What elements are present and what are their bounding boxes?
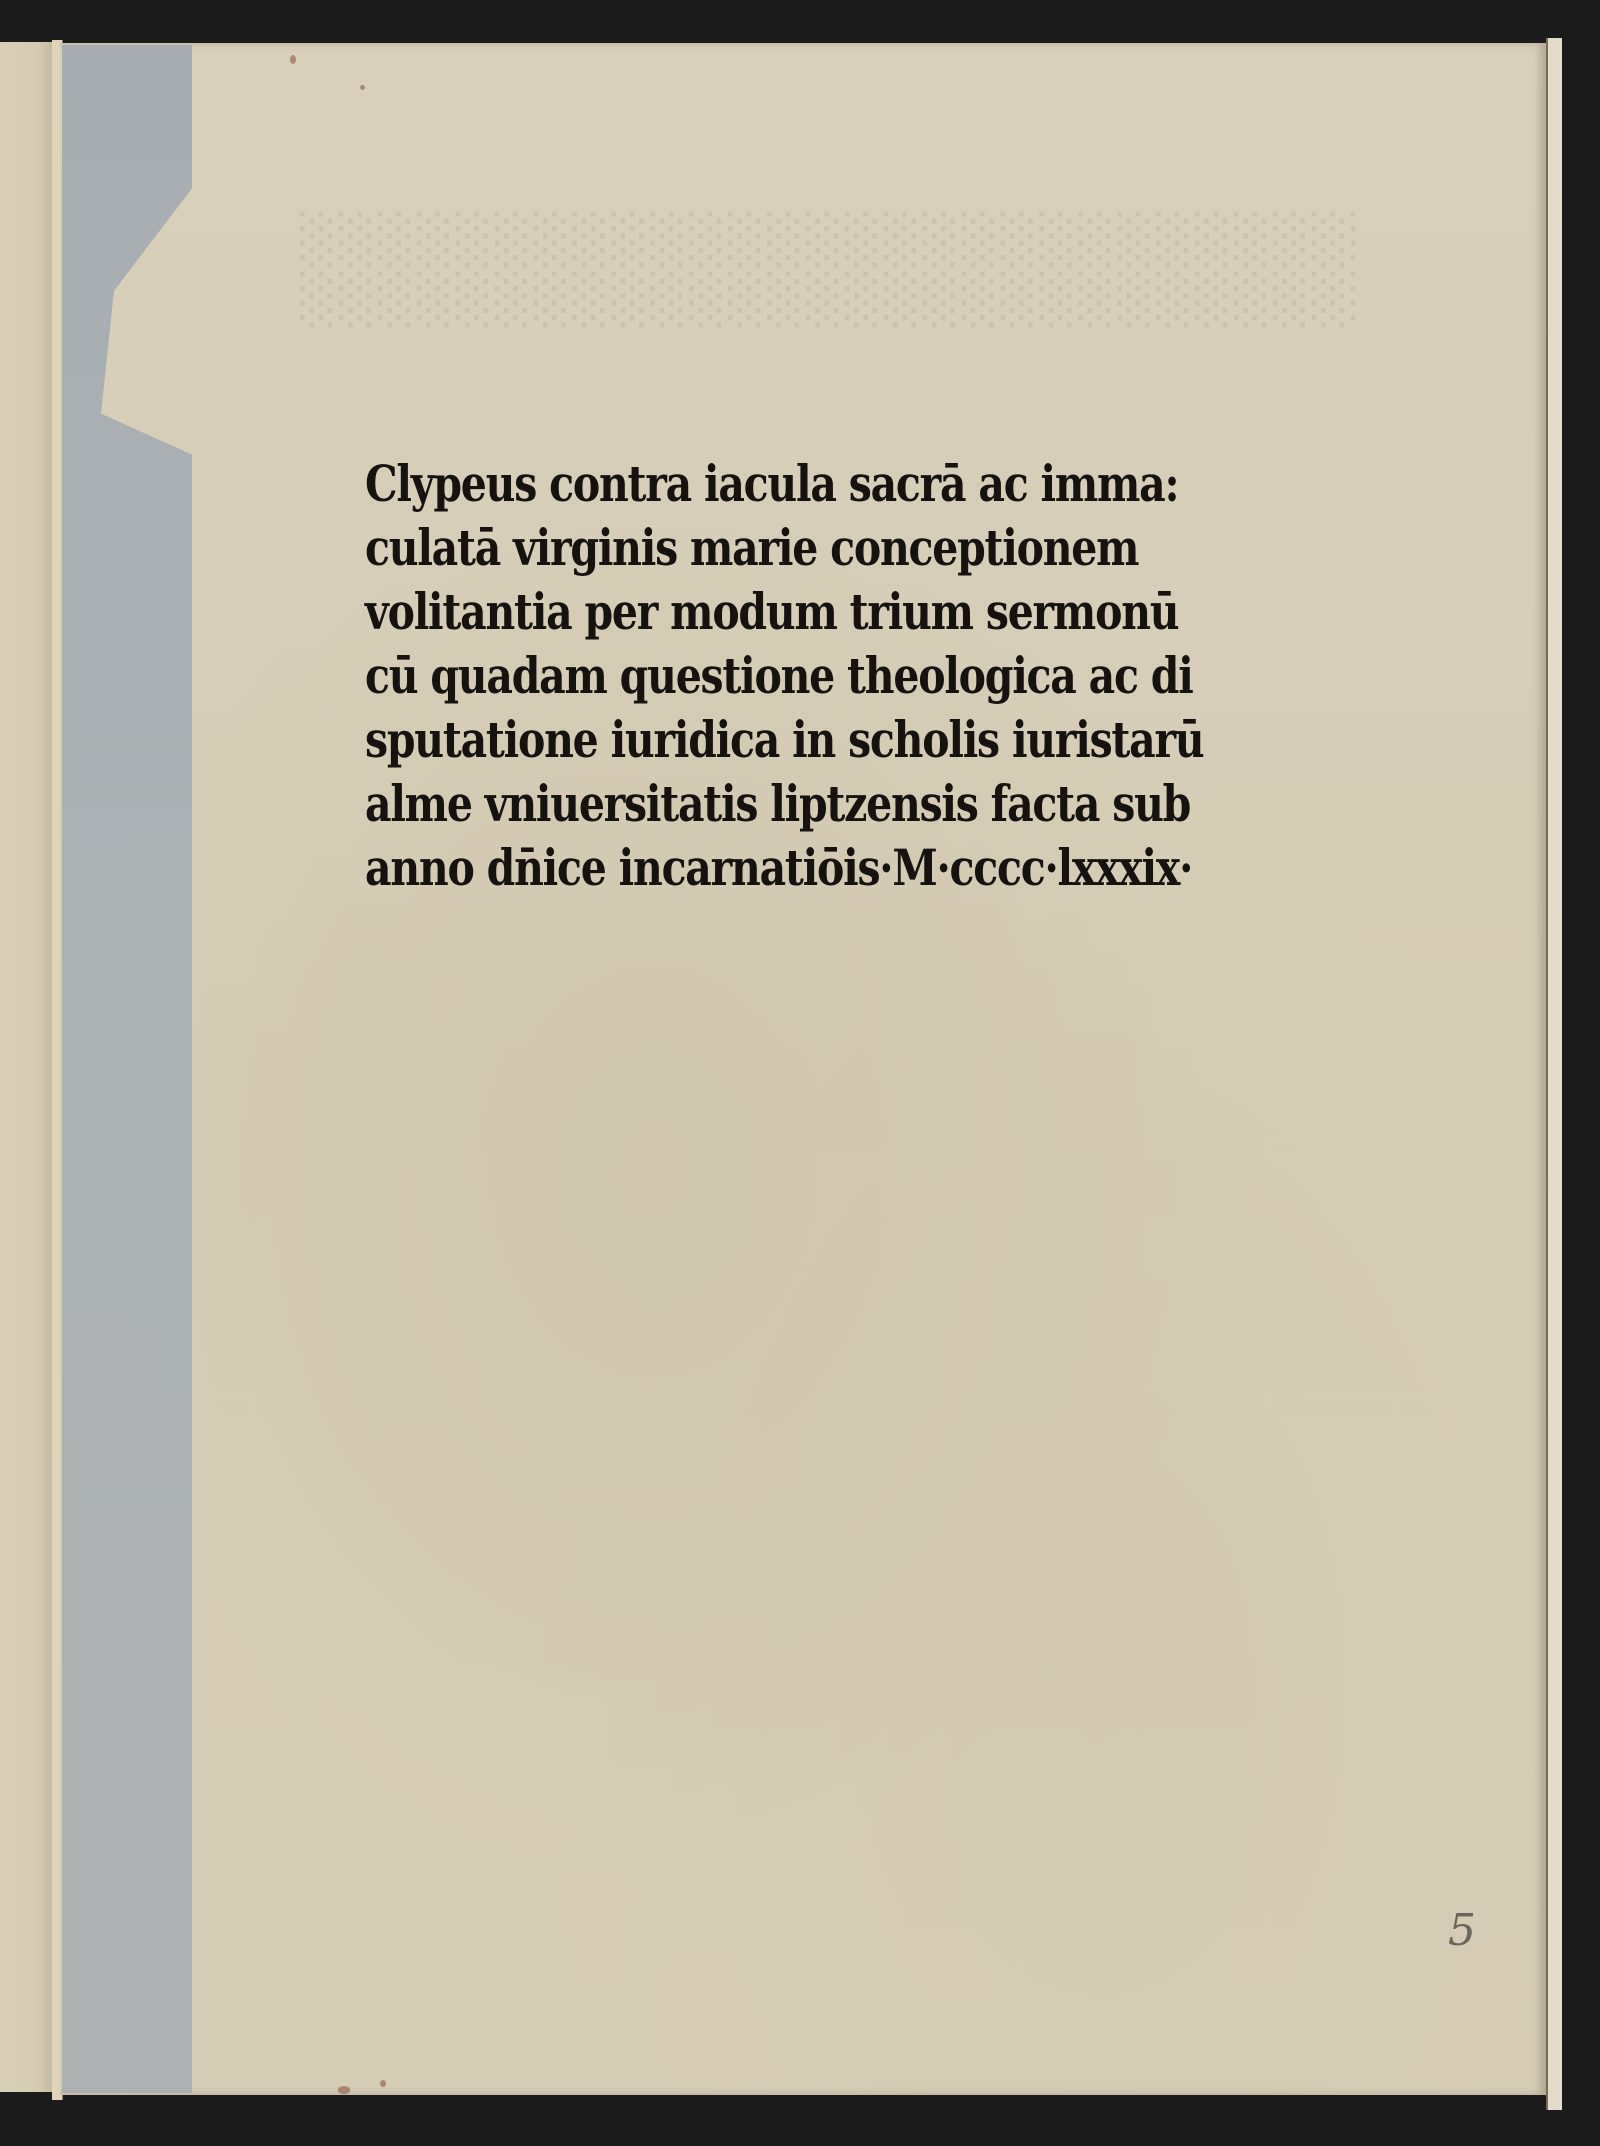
foxing-stain — [290, 55, 296, 64]
page-fore-edge — [1546, 38, 1562, 2110]
facing-page-edge — [0, 42, 54, 2092]
title-line: Clypeus contra iacula sacrā ac imma: — [365, 452, 1119, 516]
title-text-block: Clypeus contra iacula sacrā ac imma: cul… — [365, 452, 1285, 900]
title-line: volitantia per modum trium sermonū — [365, 580, 1119, 644]
foxing-stain — [360, 85, 365, 90]
title-line: anno dn̄ice incarnatiōis·M·cccc·lxxxix· — [365, 836, 1119, 900]
title-line: sputatione iuridica in scholis iuristarū — [365, 708, 1119, 772]
title-line: cū quadam questione theologica ac di — [365, 644, 1119, 708]
pencil-folio-number: 5 — [1448, 1905, 1476, 1956]
bleed-through-text: ░░░░░░░░░░░░░░░░░░░░░░░░░░░░░░░░░░░░░░░░… — [300, 210, 1360, 330]
title-line: culatā virginis marie conceptionem — [365, 516, 1119, 580]
title-line: alme vniuersitatis liptzensis facta sub — [365, 772, 1119, 836]
foxing-stain — [338, 2086, 350, 2094]
page-leaf — [60, 43, 1546, 2095]
foxing-stain — [380, 2080, 386, 2087]
